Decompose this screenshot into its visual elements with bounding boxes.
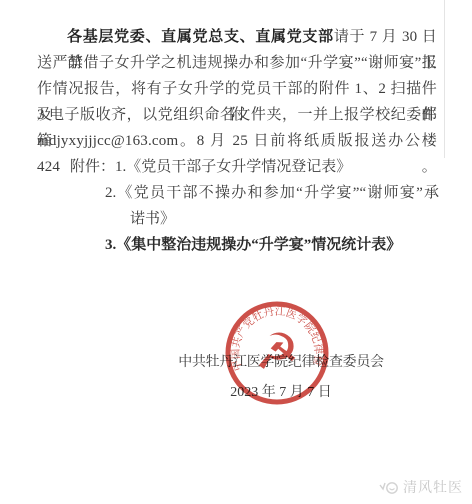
document-body: 各基层党委、直属党总支、直属党支部请于 7 月 30 日前报 送严禁借子女升学之… [37,24,437,258]
attachments-label: 附件： [70,159,115,175]
body-line: 作情况报告，将有子女升学的党员干部的附件 1、2 扫描件及附件 [37,76,437,102]
body-line: 送严禁借子女升学之机违规操办和参加“升学宴”“谢师宴”工 [37,50,437,76]
signature-org: 中共牡丹江医学院纪律检查委员会 [90,351,472,371]
watermark-text: 清风牡医 [403,477,463,497]
body-line: 3 电子版收齐，以党组织命名文件夹，一并上报学校纪委邮箱 [37,102,437,128]
addressee-bold-text: 各基层党委、直属党总支、直属党支部 [67,29,334,45]
watermark-logo-icon [379,479,399,495]
body-line: mdjyxyjjjcc@163.com。8 月 25 日前将纸质版报送办公楼 4… [37,128,437,154]
watermark: 清风牡医 [379,477,463,497]
attachment-item-1: 1.《党员干部子女升学情况登记表》 [115,159,351,175]
attachment-item-2: 2.《党员干部不操办和参加“升学宴”“谢师宴”承 [105,180,439,206]
document-page: 各基层党委、直属党总支、直属党支部请于 7 月 30 日前报 送严禁借子女升学之… [0,0,472,504]
attachment-item-3: 3.《集中整治违规操办“升学宴”情况统计表》 [105,232,437,258]
body-line: 各基层党委、直属党总支、直属党支部请于 7 月 30 日前报 [37,24,437,50]
attachment-item-2-wrap: 诺书》 [130,206,437,232]
signature-date: 2023 年 7 月 7 日 [90,381,472,401]
scan-edge-line [444,0,445,158]
